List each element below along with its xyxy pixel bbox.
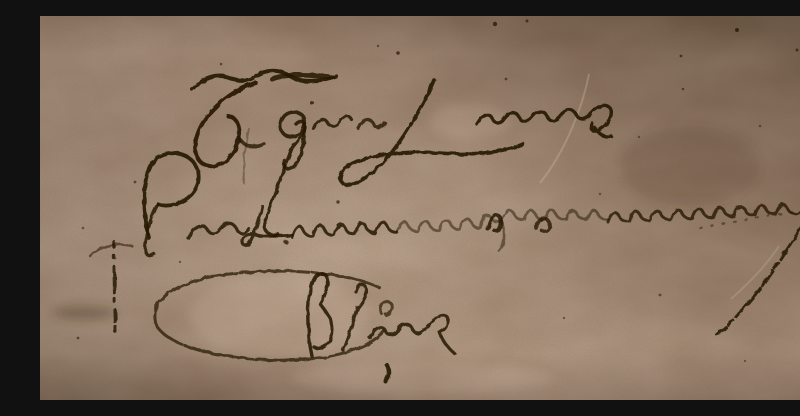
inscription-photo: Photograph of the aged back of a paintin…	[40, 16, 800, 400]
handwriting-artwork	[40, 16, 800, 400]
